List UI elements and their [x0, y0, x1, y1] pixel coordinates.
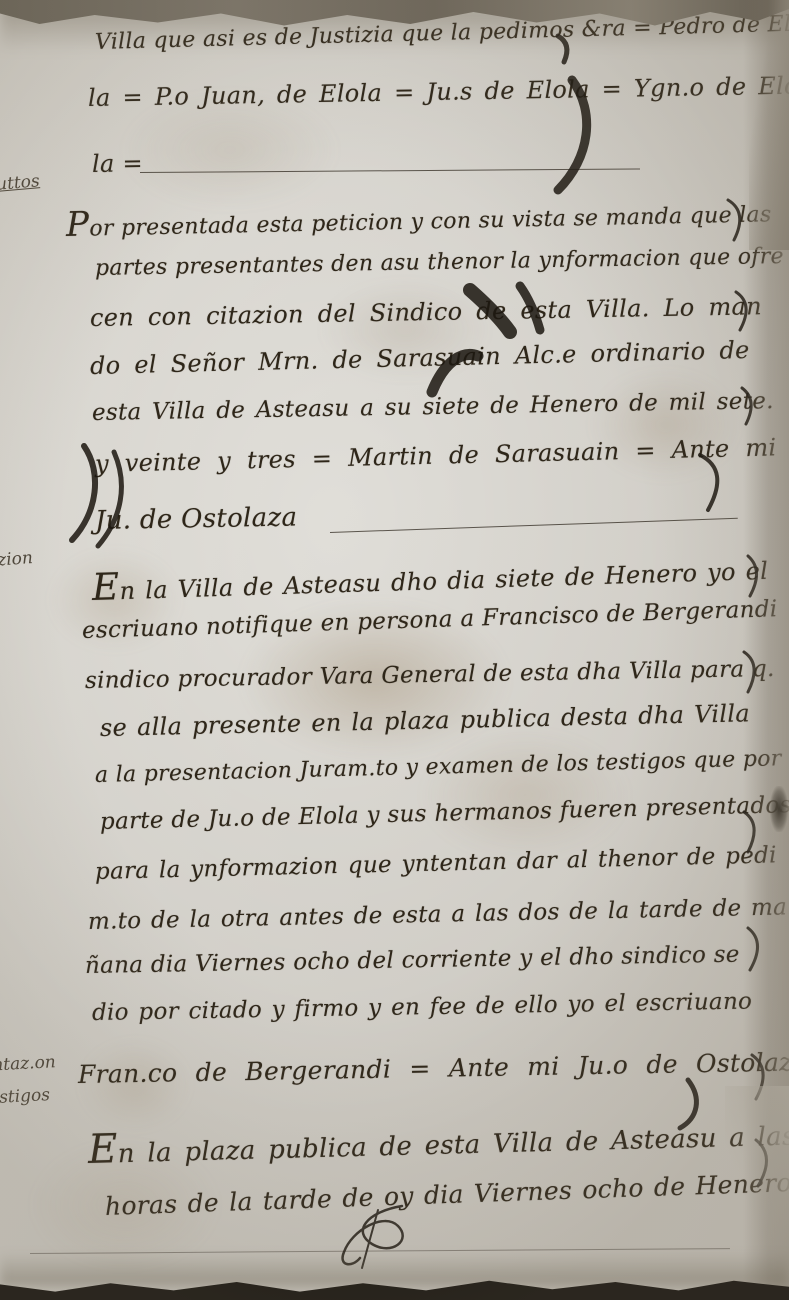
manuscript-line: y veinte y tres = Martin de Sarasuain = … [95, 433, 777, 478]
manuscript-line: Fran.co de Bergerandi = Ante mi Ju.o de … [78, 1047, 789, 1089]
manuscript-line: parte de Ju.o de Elola y sus hermanos fu… [100, 792, 789, 835]
rubric-paraph [362, 1210, 378, 1268]
margin-note-presentacion: Presentaz.on [0, 1052, 56, 1078]
margin-note-testigos: de testigos [0, 1085, 50, 1110]
manuscript-line: para la ynformazion que yntentan dar al … [95, 842, 777, 885]
manuscript-line: m.to de la otra antes de esta a las dos … [88, 894, 788, 935]
manuscript-line: la = P.o Juan, de Elola = Ju.s de Elola … [88, 72, 789, 112]
ink-flourish [72, 446, 95, 540]
manuscript-line: dio por citado y firmo y en fee de ello … [92, 988, 753, 1026]
manuscript-line: la = [92, 149, 143, 178]
manuscript-line: En la plaza publica de esta Villa de Ast… [87, 1106, 789, 1173]
manuscript-line: esta Villa de Asteasu a su siete de Hene… [92, 388, 774, 426]
manuscript-line: partes presentantes den asu thenor la yn… [95, 244, 784, 281]
ink-flourish [700, 455, 717, 510]
manuscript-line: cen con citazion del Sindico de esta Vil… [90, 292, 762, 332]
manuscript-line: ñana dia Viernes ocho del corriente y el… [85, 942, 740, 979]
manuscript-line: a la presentacion Juram.to y examen de l… [95, 746, 782, 788]
manuscript-line: se alla presente en la plaza publica des… [100, 699, 751, 742]
margin-note-citacion: Citazion [0, 548, 34, 573]
fold-crease-line [30, 1248, 730, 1254]
rubric-paraph [343, 1206, 403, 1264]
ink-flourish [748, 928, 758, 970]
torn-bottom-edge [0, 1276, 789, 1300]
ink-rule [330, 518, 738, 533]
manuscript-line: Por presentada esta peticion y con su vi… [66, 190, 772, 245]
bottom-edge-shadow [0, 1252, 789, 1286]
paper-stain [420, 730, 630, 860]
manuscript-line: horas de la tarde de oy dia Viernes ocho… [104, 1165, 789, 1221]
manuscript-line: do el Señor Mrn. de Sarasuain Alc.e ordi… [90, 336, 750, 380]
ink-rule [140, 169, 640, 173]
manuscript-line: Ju. de Ostolaza [95, 502, 298, 536]
manuscript-page: Auttos Citazion Presentaz.on de testigos… [0, 0, 789, 1300]
margin-note-auttos: Auttos [0, 171, 41, 196]
manuscript-line: sindico procurador Vara General de esta … [85, 656, 775, 694]
